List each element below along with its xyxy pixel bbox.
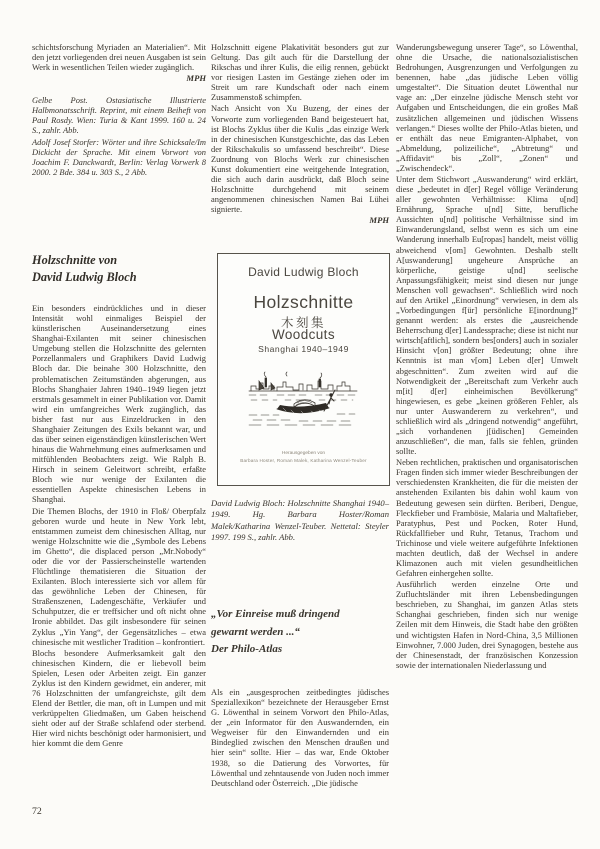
middle-column-top: Holzschnitt eigene Plakativität besonder… [211,42,389,225]
paragraph: Die Themen Blochs, der 1910 in Floß/ Obe… [32,506,206,647]
cover-editors: Barbara Hoster, Roman Malek, Katharina W… [218,458,389,463]
paragraph: Nach Ansicht von Xu Buzeng, der eines de… [211,103,389,214]
cover-title-english: Woodcuts [218,327,389,342]
section-title-line: Der Philo-Atlas [211,641,391,659]
paragraph: Holzschnitt eigene Plakativität besonder… [211,42,389,102]
cover-title-german: Holzschnitte [218,292,389,313]
left-column-top: schichtsforschung Myriaden an Materialie… [32,42,206,178]
cover-woodcut-harbor-illustration [247,370,359,428]
paragraph: Wanderungsbewegung unserer Tage“, so Löw… [396,42,578,173]
paragraph: Als ein „ausgesprochen zeitbedingtes jüd… [211,687,389,788]
paragraph: Ausführlich werden einzelne Orte und Zuf… [396,579,578,670]
article-title-line: David Ludwig Bloch [32,269,206,286]
intro-fragment: schichtsforschung Myriaden an Materialie… [32,42,206,72]
left-column-body: Ein besonders eindrückliches und in dies… [32,303,206,749]
paragraph: Neben rechtlichen, praktischen und organ… [396,457,578,578]
book-cover-image: David Ludwig Bloch Holzschnitte 木刻集 Wood… [217,253,390,486]
middle-column-bottom: Als ein „ausgesprochen zeitbedingtes jüd… [211,687,389,789]
cover-subtitle: Shanghai 1940–1949 [218,344,389,354]
cover-editors-prefix: Herausgegeben von [218,451,389,456]
section-title-line: gewarnt werden ...“ [211,624,391,642]
paragraph: Unter dem Stichwort „Auswanderung“ wird … [396,174,578,456]
bibliography-entry: Gelbe Post. Ostasiatische Illustrierte H… [32,95,206,135]
paragraph: Ein besonders eindrückliches und in dies… [32,303,206,505]
paragraph: Blochs besondere Aufmerksamkeit galt den… [32,648,206,749]
section-title: „Vor Einreise muß dringend gewarnt werde… [211,606,391,659]
journal-page: schichtsforschung Myriaden an Materialie… [0,0,600,849]
article-title-line: Holzschnitte von [32,252,206,269]
bibliography-entry: Adolf Josef Storfer: Wörter und ihre Sch… [32,137,206,177]
book-caption: David Ludwig Bloch: Holzschnitte Shangha… [211,498,389,544]
section-title-line: „Vor Einreise muß dringend [211,606,391,624]
right-column: Wanderungsbewegung unserer Tage“, so Löw… [396,42,578,671]
author-initials: MPH [211,215,389,225]
article-title: Holzschnitte von David Ludwig Bloch [32,252,206,285]
bibliography: Gelbe Post. Ostasiatische Illustrierte H… [32,95,206,177]
cover-author: David Ludwig Bloch [218,265,389,279]
author-initials: MPH [32,73,206,83]
page-number: 72 [32,806,42,817]
